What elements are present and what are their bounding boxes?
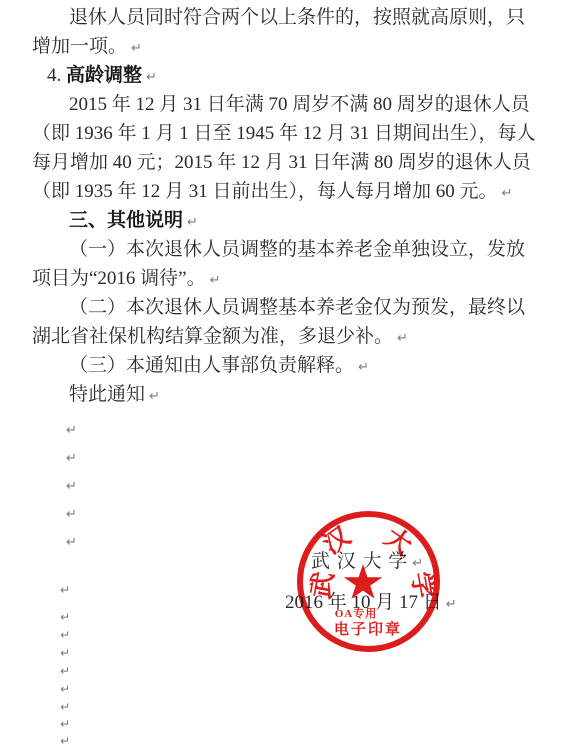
doc-line: 特此通知↵ (32, 380, 548, 409)
return-mark-icon: ↵ (66, 452, 77, 465)
doc-line-text: 2015 年 12 月 31 日年满 70 周岁不满 80 周岁的退休人员 (69, 94, 530, 115)
doc-line: （一）本次退休人员调整的基本养老金单独设立，发放 (32, 235, 548, 264)
return-mark-icon: ↵ (397, 331, 408, 346)
return-mark-icon: ↵ (66, 508, 77, 521)
return-mark-icon: ↵ (66, 480, 77, 493)
doc-line-text: （即 1935 年 12 月 31 日前出生），每人每月增加 60 元。 (32, 181, 498, 202)
return-mark-icon: ↵ (66, 424, 77, 437)
doc-line: 2015 年 12 月 31 日年满 70 周岁不满 80 周岁的退休人员 (32, 90, 548, 119)
return-mark-icon: ↵ (146, 70, 157, 85)
return-mark-icon: ↵ (60, 647, 70, 660)
return-mark-icon: ↵ (131, 41, 142, 56)
doc-line-text: 高龄调整 (66, 65, 142, 86)
seal-arc-char: 武 (306, 568, 341, 603)
document-page: 退休人员同时符合两个以上条件的，按照就高原则，只增加一项。↵4. 高龄调整↵20… (0, 0, 579, 750)
doc-line: （三）本通知由人事部负责解释。↵ (32, 351, 548, 380)
return-mark-icon: ↵ (60, 584, 70, 597)
doc-line: （即 1936 年 1 月 1 日至 1945 年 12 月 31 日期间出生）… (32, 119, 548, 148)
doc-line-text: （三）本通知由人事部负责解释。 (69, 355, 354, 376)
return-mark-icon: ↵ (187, 215, 198, 230)
doc-line-text: 每月增加 40 元；2015 年 12 月 31 日年满 80 周岁的退休人员 (32, 152, 531, 173)
doc-line-text: 湖北省社保机构结算金额为准，多退少补。 (32, 326, 393, 347)
return-mark-icon: ↵ (60, 629, 70, 642)
doc-line: （二）本次退休人员调整基本养老金仅为预发，最终以 (32, 293, 548, 322)
doc-line-text: 退休人员同时符合两个以上条件的，按照就高原则，只 (69, 7, 525, 28)
doc-line-text: （即 1936 年 1 月 1 日至 1945 年 12 月 31 日期间出生）… (32, 123, 536, 144)
return-mark-icon: ↵ (60, 735, 70, 748)
doc-line-text: 项目为“2016 调待”。 (32, 268, 206, 289)
official-seal: 武汉大学 OA专用 电子印章 (297, 511, 440, 652)
doc-line: 4. 高龄调整↵ (32, 61, 548, 90)
return-mark-icon: ↵ (60, 683, 70, 696)
doc-line-text: 特此通知 (69, 384, 145, 405)
seal-arc-char: 学 (405, 568, 440, 603)
doc-line: 每月增加 40 元；2015 年 12 月 31 日年满 80 周岁的退休人员 (32, 148, 548, 177)
doc-line: 增加一项。↵ (32, 32, 548, 61)
doc-line-prefix: 4. (47, 65, 66, 86)
return-mark-icon: ↵ (60, 718, 70, 731)
document-body: 退休人员同时符合两个以上条件的，按照就高原则，只增加一项。↵4. 高龄调整↵20… (32, 3, 548, 409)
doc-line-text: 三、其他说明 (69, 210, 183, 231)
doc-line: 项目为“2016 调待”。↵ (32, 264, 548, 293)
doc-line-text: （二）本次退休人员调整基本养老金仅为预发，最终以 (69, 297, 525, 318)
return-mark-icon: ↵ (149, 389, 160, 404)
doc-line: （即 1935 年 12 月 31 日前出生），每人每月增加 60 元。↵ (32, 177, 548, 206)
seal-stamp-label: 电子印章 (308, 618, 428, 639)
return-mark-icon: ↵ (358, 360, 369, 375)
doc-line-text: （一）本次退休人员调整的基本养老金单独设立，发放 (69, 239, 525, 260)
return-mark-icon: ↵ (60, 665, 70, 678)
return-mark-icon: ↵ (60, 611, 70, 624)
doc-line: 湖北省社保机构结算金额为准，多退少补。↵ (32, 322, 548, 351)
doc-line: 三、其他说明↵ (32, 206, 548, 235)
return-mark-icon: ↵ (66, 536, 77, 549)
doc-line: 退休人员同时符合两个以上条件的，按照就高原则，只 (32, 3, 548, 32)
return-mark-icon: ↵ (502, 186, 513, 201)
return-mark-icon: ↵ (446, 597, 457, 612)
doc-line-text: 增加一项。 (32, 36, 127, 57)
return-mark-icon: ↵ (210, 273, 221, 288)
return-mark-icon: ↵ (60, 701, 70, 714)
